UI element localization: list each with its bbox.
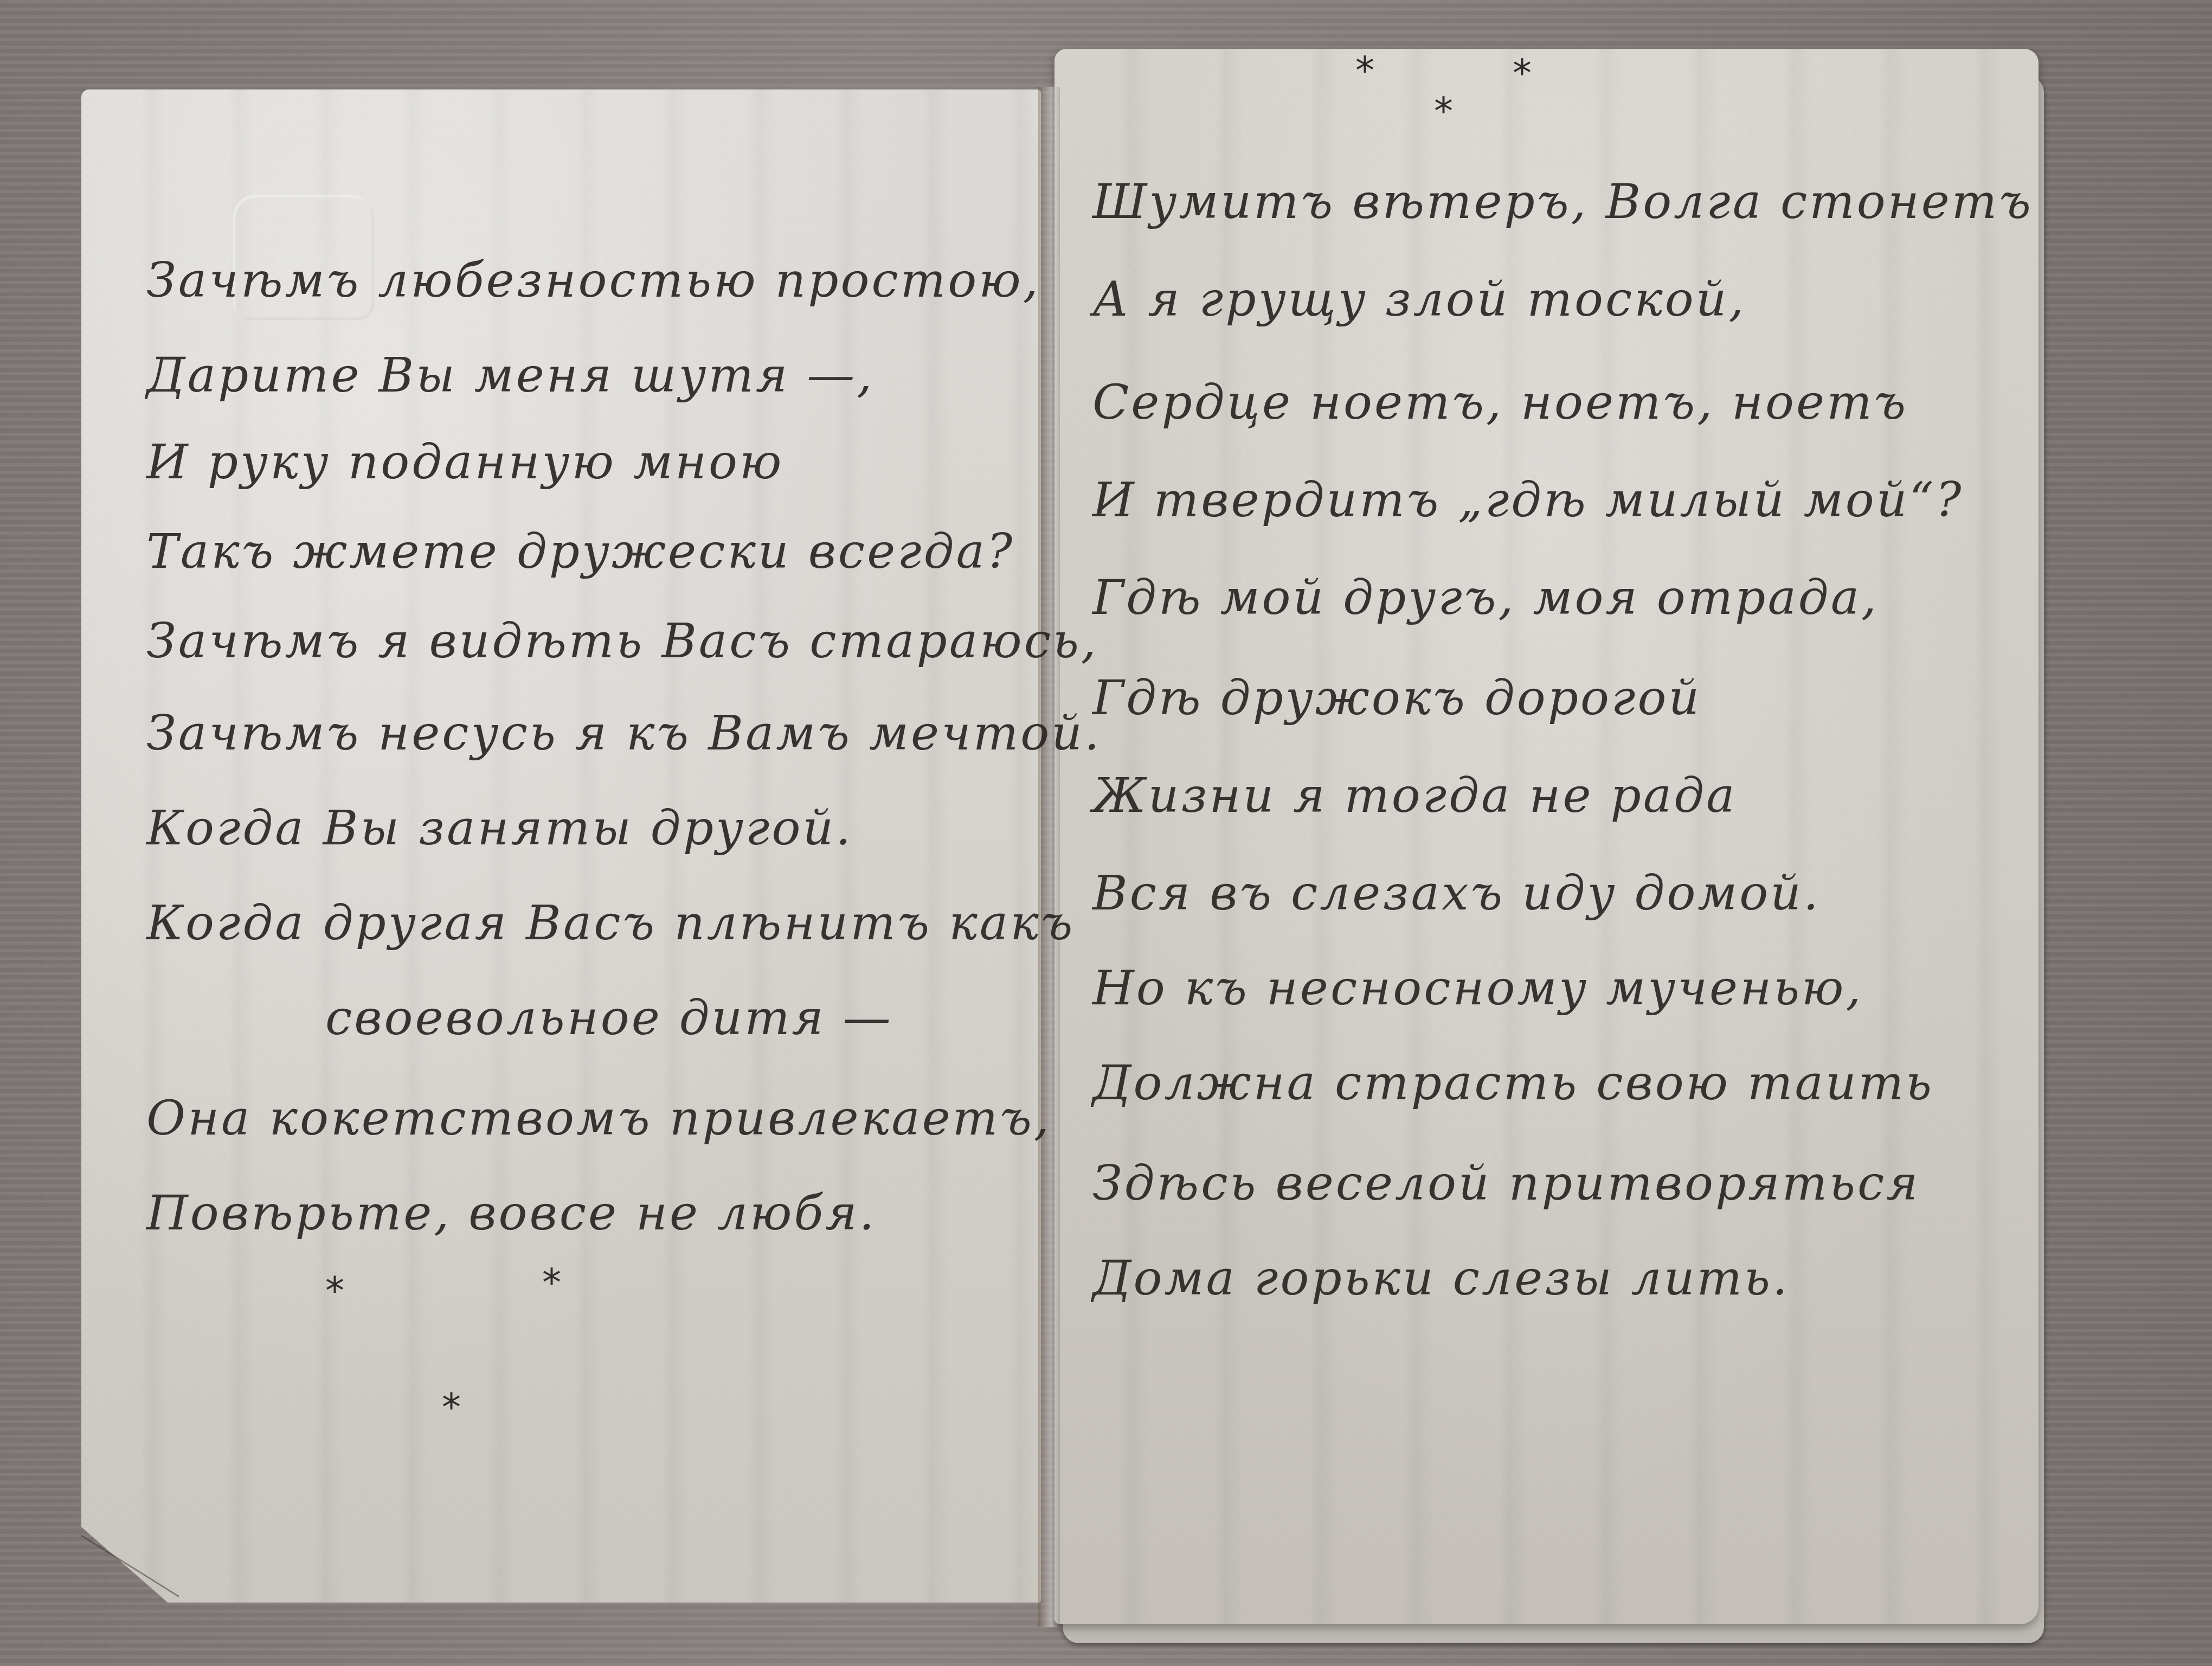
poem-line: Когда Вы заняты другой. bbox=[146, 800, 853, 856]
poem-line: Шумитъ вѣтеръ, Волга стонетъ bbox=[1092, 174, 2033, 229]
poem-line: Зачѣмъ я видѣть Васъ стараюсь, bbox=[146, 613, 1098, 669]
poem-line: Гдѣ мой другъ, моя отрада, bbox=[1092, 569, 1879, 625]
star-ornament-icon: * bbox=[1434, 92, 1453, 130]
poem-line: А я грущу злой тоской, bbox=[1092, 271, 1746, 327]
poem-line: своевольное дитя — bbox=[325, 990, 893, 1046]
poem-line: Должна страсть свою таить bbox=[1092, 1055, 1934, 1111]
poem-line: Она кокетствомъ привлекаетъ, bbox=[146, 1090, 1051, 1146]
poem-line: Жизни я тогда не рада bbox=[1092, 767, 1737, 823]
poem-line: Повѣрьте, вовсе не любя. bbox=[146, 1185, 877, 1241]
poem-line: Сердце ноетъ, ноетъ, ноетъ bbox=[1092, 374, 1908, 430]
poem-line: Такъ жмете дружески всегда? bbox=[146, 523, 1014, 579]
poem-line: Когда другая Васъ плѣнитъ какъ bbox=[146, 895, 1075, 951]
poem-line: И руку поданную мною bbox=[146, 434, 783, 490]
poem-line: Гдѣ дружокъ дорогой bbox=[1092, 670, 1701, 726]
star-ornament-icon: * bbox=[325, 1272, 344, 1310]
star-ornament-icon: * bbox=[1513, 54, 1532, 92]
poem-line: Здѣсь веселой притворяться bbox=[1092, 1155, 1920, 1211]
book-gutter bbox=[1038, 87, 1060, 1627]
poem-line: Зачѣмъ несусь я къ Вамъ мечтой. bbox=[146, 705, 1102, 761]
notebook-spread: Зачѣмъ любезностью простою, Дарите Вы ме… bbox=[0, 0, 2212, 1666]
poem-line: Дома горьки слезы лить. bbox=[1092, 1250, 1790, 1306]
poem-line: Дарите Вы меня шутя —, bbox=[146, 347, 874, 403]
star-ornament-icon: * bbox=[542, 1264, 561, 1302]
star-ornament-icon: * bbox=[442, 1388, 461, 1426]
poem-line: И твердитъ „гдѣ милый мой“? bbox=[1092, 472, 1964, 528]
poem-line: Зачѣмъ любезностью простою, bbox=[146, 252, 1040, 308]
poem-line: Но къ несносному мученью, bbox=[1092, 960, 1863, 1016]
poem-line: Вся въ слезахъ иду домой. bbox=[1092, 865, 1821, 921]
star-ornament-icon: * bbox=[1355, 52, 1374, 89]
